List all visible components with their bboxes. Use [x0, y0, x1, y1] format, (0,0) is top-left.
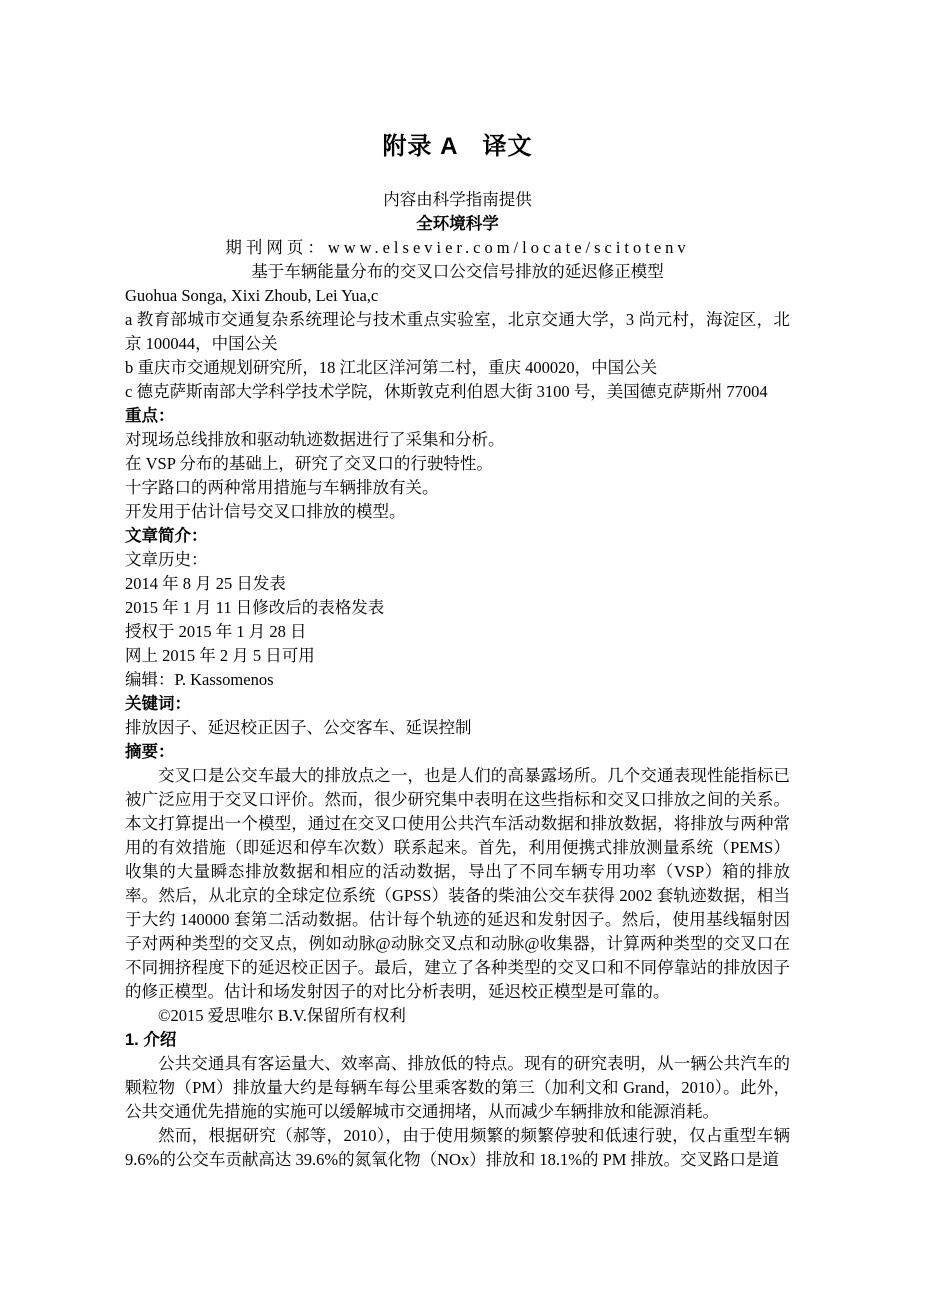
- appendix-title: 附录 A 译文: [125, 130, 790, 164]
- introduction-paragraph-2: 然而，根据研究（郝等，2010），由于使用频繁的频繁停驶和低速行驶，仅占重型车辆…: [125, 1124, 790, 1172]
- keywords-line: 排放因子、延迟校正因子、公交客车、延误控制: [125, 716, 790, 740]
- article-info-heading: 文章简介：: [125, 524, 790, 548]
- authors-line: Guohua Songa, Xixi Zhoub, Lei Yua,c: [125, 284, 790, 308]
- journal-homepage-line: 期刊网页：www.elsevier.com/locate/scitotenv: [125, 236, 790, 260]
- article-history-item: 授权于 2015 年 1 月 28 日: [125, 620, 790, 644]
- highlight-item: 十字路口的两种常用措施与车辆排放有关。: [125, 476, 790, 500]
- keywords-heading: 关键词：: [125, 692, 790, 716]
- content-provider-line: 内容由科学指南提供: [125, 188, 790, 212]
- document-content: 附录 A 译文 内容由科学指南提供 全环境科学 期刊网页：www.elsevie…: [125, 130, 790, 1172]
- affiliation-c: c 德克萨斯南部大学科学技术学院，休斯敦克利伯恩大街 3100 号，美国德克萨斯…: [125, 380, 790, 404]
- article-history-item: 网上 2015 年 2 月 5 日可用: [125, 644, 790, 668]
- highlights-heading: 重点：: [125, 404, 790, 428]
- copyright-line: ©2015 爱思唯尔 B.V.保留所有权利: [125, 1004, 790, 1028]
- highlight-item: 在 VSP 分布的基础上，研究了交叉口的行驶特性。: [125, 452, 790, 476]
- article-history-item: 2014 年 8 月 25 日发表: [125, 572, 790, 596]
- article-history-item: 2015 年 1 月 11 日修改后的表格发表: [125, 596, 790, 620]
- paper-title: 基于车辆能量分布的交叉口公交信号排放的延迟修正模型: [125, 260, 790, 284]
- editor-line: 编辑：P. Kassomenos: [125, 668, 790, 692]
- highlight-item: 对现场总线排放和驱动轨迹数据进行了采集和分析。: [125, 428, 790, 452]
- section-heading-introduction: 1. 介绍: [125, 1028, 790, 1052]
- introduction-paragraph-1: 公共交通具有客运量大、效率高、排放低的特点。现有的研究表明，从一辆公共汽车的颗粒…: [125, 1052, 790, 1124]
- journal-name: 全环境科学: [125, 212, 790, 236]
- article-history-heading: 文章历史：: [125, 548, 790, 572]
- affiliation-b: b 重庆市交通规划研究所，18 江北区洋河第二村，重庆 400020，中国公关: [125, 356, 790, 380]
- affiliation-a: a 教育部城市交通复杂系统理论与技术重点实验室，北京交通大学，3 尚元村，海淀区…: [125, 308, 790, 356]
- abstract-body: 交叉口是公交车最大的排放点之一，也是人们的高暴露场所。几个交通表现性能指标已被广…: [125, 764, 790, 1004]
- abstract-heading: 摘要：: [125, 740, 790, 764]
- document-page: 附录 A 译文 内容由科学指南提供 全环境科学 期刊网页：www.elsevie…: [0, 0, 926, 1309]
- highlight-item: 开发用于估计信号交叉口排放的模型。: [125, 500, 790, 524]
- title-gap: [125, 164, 790, 188]
